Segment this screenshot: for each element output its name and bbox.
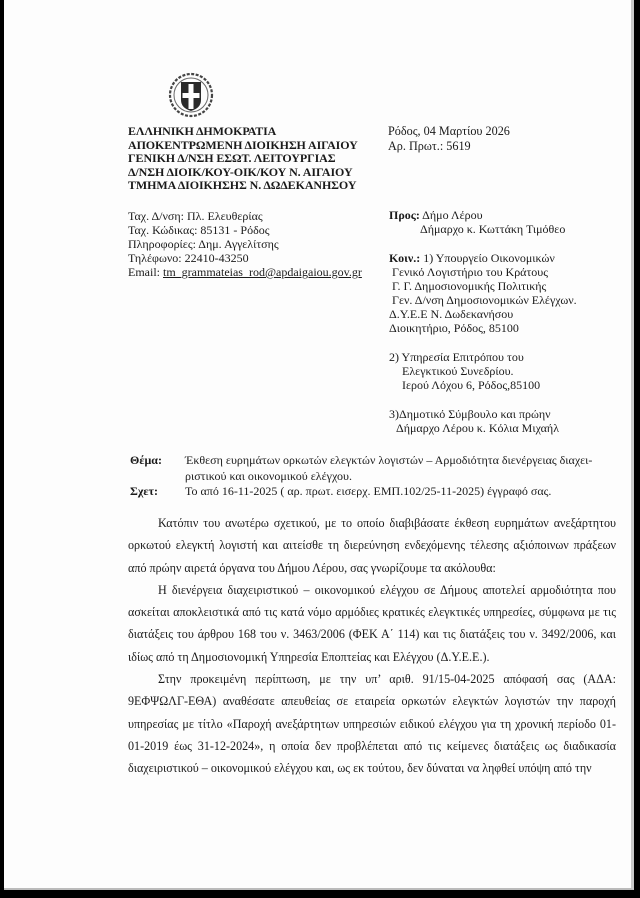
cc-line: Κοιν.: 1) Υπουργείο Οικονομικών bbox=[389, 251, 577, 265]
org-line: Δ/ΝΣΗ ΔΙΟΙΚ/ΚΟΥ-ΟΙΚ/ΚΟΥ Ν. ΑΙΓΑΙΟΥ bbox=[128, 166, 358, 180]
to-recipient: Δήμο Λέρου bbox=[420, 208, 483, 222]
cc-recipient: 3)Δημοτικό Σύμβουλο και πρώην bbox=[389, 407, 577, 421]
phone: Τηλέφωνο: 22410-43250 bbox=[128, 251, 362, 265]
body-paragraph: Η διενέργεια διαχειριστικού – οικονομικο… bbox=[128, 579, 616, 668]
letter-body: Κατόπιν του ανωτέρω σχετικού, με το οποί… bbox=[128, 512, 616, 780]
org-line: ΑΠΟΚΕΝΤΡΩΜΕΝΗ ΔΙΟΙΚΗΣΗ ΑΙΓΑΙΟΥ bbox=[128, 139, 358, 153]
document-page: ΕΛΛΗΝΙΚΗ ΔΗΜΟΚΡΑΤΙΑ ΑΠΟΚΕΝΤΡΩΜΕΝΗ ΔΙΟΙΚΗ… bbox=[4, 0, 634, 890]
email-label: Email: bbox=[128, 265, 163, 279]
subject-label: Θέμα: bbox=[130, 453, 185, 484]
cc-recipient: 1) Υπουργείο Οικονομικών bbox=[420, 251, 555, 265]
recipients: Προς: Δήμο Λέρου Δήμαρχο κ. Κωττάκη Τιμό… bbox=[389, 208, 577, 435]
cc-recipient: Γεν. Δ/νση Δημοσιονομικών Ελέγχων. bbox=[389, 293, 577, 307]
org-line: ΕΛΛΗΝΙΚΗ ΔΗΜΟΚΡΑΤΙΑ bbox=[128, 125, 358, 139]
body-paragraph: Κατόπιν του ανωτέρω σχετικού, με το οποί… bbox=[128, 512, 616, 579]
cc-recipient: Δήμαρχο Λέρου κ. Κόλια Μιχαήλ bbox=[389, 421, 577, 435]
cc-recipient: 2) Υπηρεσία Επιτρόπου του bbox=[389, 350, 577, 364]
place-date: Ρόδος, 04 Μαρτίου 2026 bbox=[388, 124, 510, 139]
greek-coat-of-arms-icon bbox=[168, 72, 214, 118]
cc-recipient: Ελεγκτικού Συνεδρίου. bbox=[389, 364, 577, 378]
to-line: Προς: Δήμο Λέρου bbox=[389, 208, 577, 222]
cc-label: Κοιν.: bbox=[389, 251, 420, 265]
to-recipient-2: Δήμαρχο κ. Κωττάκη Τιμόθεο bbox=[389, 222, 577, 236]
cc-recipient: Ιερού Λόχου 6, Ρόδος,85100 bbox=[389, 378, 577, 392]
protocol-number: Αρ. Πρωτ.: 5619 bbox=[388, 139, 510, 154]
subject-row: Θέμα: Έκθεση ευρημάτων ορκωτών ελεγκτών … bbox=[130, 453, 610, 484]
subject-block: Θέμα: Έκθεση ευρημάτων ορκωτών ελεγκτών … bbox=[130, 453, 610, 500]
reference-row: Σχετ: Το από 16-11-2025 ( αρ. πρωτ. εισε… bbox=[130, 484, 610, 500]
email-row: Email: tm_grammateias_rod@apdaigaiou.gov… bbox=[128, 265, 362, 279]
cc-recipient: Διοικητήριο, Ρόδος, 85100 bbox=[389, 321, 577, 335]
cc-recipient: Δ.Υ.Ε.Ε Ν. Δωδεκανήσου bbox=[389, 307, 577, 321]
org-line: ΓΕΝΙΚΗ Δ/ΝΣΗ ΕΣΩΤ. ΛΕΙΤΟΥΡΓΙΑΣ bbox=[128, 152, 358, 166]
date-protocol: Ρόδος, 04 Μαρτίου 2026 Αρ. Πρωτ.: 5619 bbox=[388, 124, 510, 153]
to-label: Προς: bbox=[389, 208, 420, 222]
email-link[interactable]: tm_grammateias_rod@apdaigaiou.gov.gr bbox=[163, 265, 362, 279]
reference-label: Σχετ: bbox=[130, 484, 185, 500]
postal-code: Ταχ. Κώδικας: 85131 - Ρόδος bbox=[128, 223, 362, 237]
postal-address: Ταχ. Δ/νση: Πλ. Ελευθερίας bbox=[128, 209, 362, 223]
cc-recipient: Γ. Γ. Δημοσιονομικής Πολιτικής bbox=[389, 279, 577, 293]
org-line: ΤΜΗΜΑ ΔΙΟΙΚΗΣΗΣ Ν. ΔΩΔΕΚΑΝΗΣΟΥ bbox=[128, 179, 358, 193]
cc-recipient: Γενικό Λογιστήριο του Κράτους bbox=[389, 265, 577, 279]
contact-details: Ταχ. Δ/νση: Πλ. Ελευθερίας Ταχ. Κώδικας:… bbox=[128, 209, 362, 279]
reference-text: Το από 16-11-2025 ( αρ. πρωτ. εισερχ. ΕΜ… bbox=[185, 484, 610, 500]
issuing-authority: ΕΛΛΗΝΙΚΗ ΔΗΜΟΚΡΑΤΙΑ ΑΠΟΚΕΝΤΡΩΜΕΝΗ ΔΙΟΙΚΗ… bbox=[128, 125, 358, 193]
body-paragraph: Στην προκειμένη περίπτωση, με την υπ’ αρ… bbox=[128, 668, 616, 779]
subject-text: Έκθεση ευρημάτων ορκωτών ελεγκτών λογιστ… bbox=[185, 453, 610, 484]
info-contact: Πληροφορίες: Δημ. Αγγελίτσης bbox=[128, 237, 362, 251]
